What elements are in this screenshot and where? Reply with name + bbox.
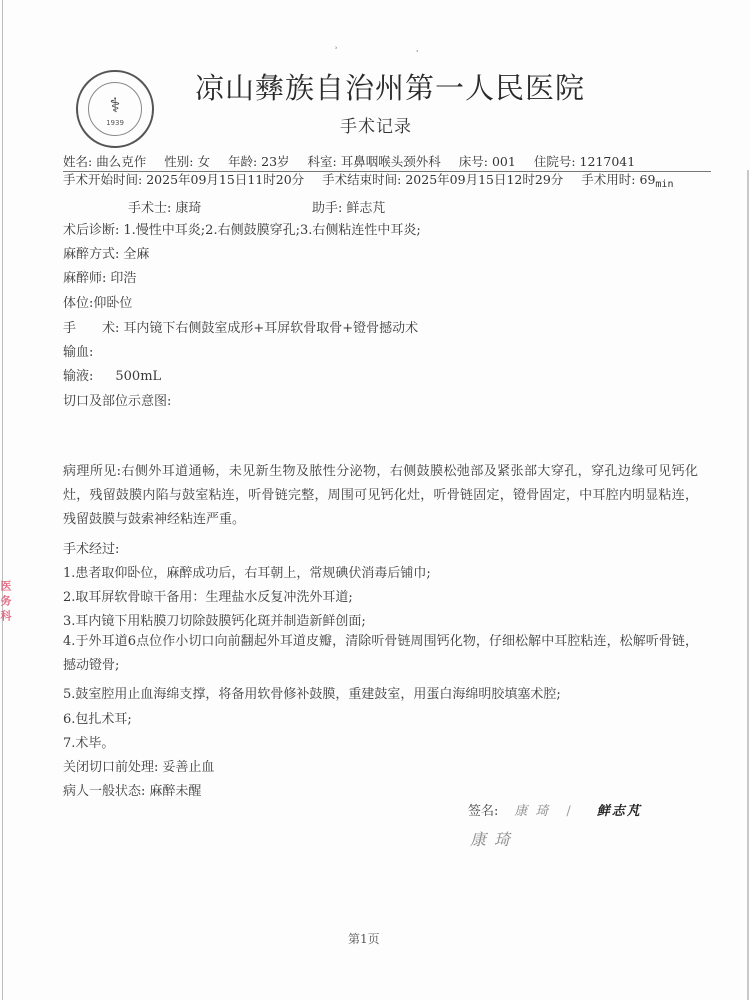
patient-name-field: 姓名:曲么克作 [63,152,146,170]
label: 姓名: [63,154,92,169]
label: 住院号: [534,154,576,169]
label: 麻醉师: [63,271,106,286]
duration-field: 手术用时:69min [581,170,673,188]
document-title: 手术记录 [340,112,412,137]
page-number: 第1页 [348,930,380,947]
incision-diagram-field: 切口及部位示意图: [63,390,171,409]
bed-number: 001 [492,154,516,169]
general-status: 麻醉未醒 [149,784,201,799]
assistant-field: 助手:鲜志芃 [312,197,385,216]
label: 病人一般状态: [63,784,145,799]
infusion-field: 输液:500mL [63,365,161,384]
hospital-logo: ⚕ 1939 [76,70,154,148]
label: 床号: [459,154,488,169]
procedure-step: 5.鼓室腔用止血海绵支撑，将备用软骨修补鼓膜，重建鼓室，用蛋白海绵明胶填塞术腔; [63,683,561,702]
signature-block: 签名:康琦/鲜志芃 [468,800,642,819]
infusion: 500mL [115,369,161,384]
department: 耳鼻咽喉头颈外科 [341,154,441,169]
admission-number: 1217041 [580,154,636,169]
procedure-step: 4.于外耳道6点位作小切口向前翻起外耳道皮瓣，清除听骨链周围钙化物，仔细松解中耳… [63,630,698,678]
age: 23岁 [261,154,289,169]
start-time-field: 手术开始时间:2025年09月15日11时20分 [63,170,304,188]
procedure-step: 3.耳内镜下用粘膜刀切除鼓膜钙化斑并制造新鲜创面; [63,610,366,629]
procedure-label: 手术经过: [63,538,119,557]
top-marks: ˒ ˌ [335,44,456,53]
pre-closure-field: 关闭切口前处理:妥善止血 [63,756,214,775]
surgeon-field: 手术士:康琦 [128,197,201,216]
label: 病理所见: [63,464,121,479]
pre-closure: 妥善止血 [162,760,214,775]
logo-year: 1939 [89,119,141,127]
patient-info-row: 姓名:曲么克作 性别:女 年龄:23岁 科室:耳鼻咽喉头颈外科 床号:001 住… [63,152,711,172]
timing-row: 手术开始时间:2025年09月15日11时20分 手术结束时间:2025年09月… [63,170,673,188]
label: 术后诊断: [63,223,119,238]
logo-inner-ring: ⚕ 1939 [88,82,142,136]
procedure-step: 2.取耳屏软骨晾干备用：生理盐水反复冲洗外耳道; [63,586,353,605]
procedure-step: 6.包扎术耳; [63,708,132,727]
department-field: 科室:耳鼻咽喉头颈外科 [308,152,441,170]
gender-field: 性别:女 [164,152,210,170]
signature-label: 签名: [468,804,498,819]
start-time: 2025年09月15日11时20分 [146,172,304,187]
patient-position: 仰卧位 [93,296,132,311]
operation-field: 手 术:耳内镜下右侧鼓室成形+耳屏软骨取骨+镫骨撼动术 [63,317,418,336]
general-status-field: 病人一般状态:麻醉未醒 [63,780,201,799]
label: 麻醉方式: [63,247,119,262]
signature-surgeon-second: 康琦 [470,827,518,850]
label: 科室: [308,154,337,169]
label: 切口及部位示意图: [63,394,171,409]
signature-surgeon: 康琦 [514,804,556,819]
diagnosis: 1.慢性中耳炎;2.右侧鼓膜穿孔;3.右侧粘连性中耳炎; [123,223,420,238]
anesthesia-method: 全麻 [123,247,149,262]
anesthesiologist: 印浩 [110,271,136,286]
label: 手术用时: [581,172,635,187]
label: 助手: [312,201,342,216]
hospital-emblem-icon: ⚕ [89,93,141,117]
anesthesiologist-field: 麻醉师:印浩 [63,267,136,286]
duration-unit: min [655,179,673,190]
assistant: 鲜志芃 [346,201,385,216]
label: 输血: [63,345,93,360]
bed-field: 床号:001 [459,152,516,170]
label: 手术士: [128,201,171,216]
hospital-name: 凉山彝族自治州第一人民医院 [195,66,595,107]
signature-assistant: 鲜志芃 [597,804,642,819]
label: 性别: [164,154,193,169]
scan-edge-left [2,0,3,1000]
admission-field: 住院号:1217041 [534,152,635,170]
label: 输液: [63,369,93,384]
label: 年龄: [228,154,257,169]
position-field: 体位:仰卧位 [63,292,132,311]
signature-separator: / [566,804,570,819]
patient-name: 曲么克作 [96,154,146,169]
label: 手术开始时间: [63,172,142,187]
gender: 女 [197,154,210,169]
label: 体位: [63,296,93,311]
pathology-text: 右侧外耳道通畅，未见新生物及脓性分泌物，右侧鼓膜松弛部及紧张部大穿孔，穿孔边缘可… [63,464,698,527]
operation-name: 耳内镜下右侧鼓室成形+耳屏软骨取骨+镫骨撼动术 [123,321,418,336]
anesthesia-method-field: 麻醉方式:全麻 [63,243,149,262]
label: 手术结束时间: [322,172,401,187]
surgeon: 康琦 [175,201,201,216]
diagnosis-field: 术后诊断:1.慢性中耳炎;2.右侧鼓膜穿孔;3.右侧粘连性中耳炎; [63,219,421,238]
scan-edge-right [747,170,749,1000]
label: 手 术: [63,321,119,336]
pathology-findings: 病理所见:右侧外耳道通畅，未见新生物及脓性分泌物，右侧鼓膜松弛部及紧张部大穿孔，… [63,460,698,532]
seal-stamp-fragment: 医务科 [2,580,16,820]
age-field: 年龄:23岁 [228,152,290,170]
procedure-step: 1.患者取仰卧位，麻醉成功后，右耳朝上，常规碘伏消毒后铺巾; [63,562,431,581]
duration-value: 69 [640,172,656,187]
procedure-step: 7.术毕。 [63,732,114,751]
end-time-field: 手术结束时间:2025年09月15日12时29分 [322,170,563,188]
transfusion-field: 输血: [63,341,93,360]
label: 关闭切口前处理: [63,760,158,775]
end-time: 2025年09月15日12时29分 [405,172,563,187]
